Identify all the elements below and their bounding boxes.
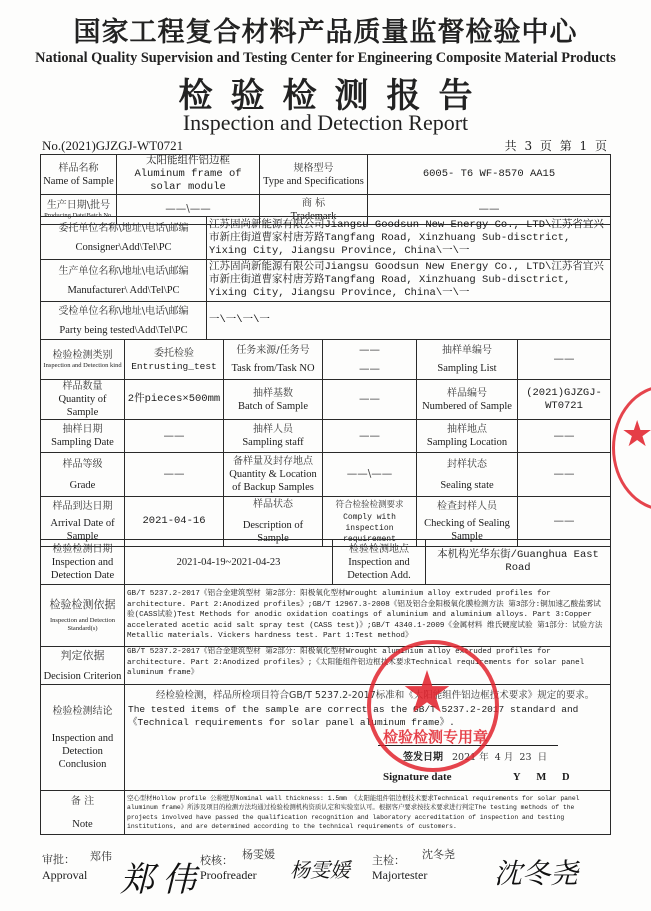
decision-label: 判定依据Decision Criterion bbox=[41, 647, 125, 685]
sample-number-label: 样品编号Numbered of Sample bbox=[417, 380, 518, 420]
sample-info-table: 样品名称Name of Sample 太阳能组件铝边框 Aluminum fra… bbox=[40, 154, 611, 225]
sampling-date-value: —— bbox=[125, 420, 224, 453]
org-name-cn: 国家工程复合材料产品质量监督检验中心 bbox=[0, 10, 651, 49]
sampling-list-value: —— bbox=[518, 340, 611, 380]
consigner-value: 江苏固尚新能源有限公司Jiangsu Goodsun New Energy Co… bbox=[207, 217, 611, 260]
ymd-labels: Y M D bbox=[513, 771, 570, 784]
party-tested-value: 一\一\一\一 bbox=[207, 302, 611, 340]
party-tested-label: 受检单位名称\地址\电话\邮编Party being tested\Add\Te… bbox=[41, 302, 207, 340]
table-row: 样品等级Grade —— 备样量及封存地点Quantity & Location… bbox=[41, 453, 611, 497]
table-row: 受检单位名称\地址\电话\邮编Party being tested\Add\Te… bbox=[41, 302, 611, 340]
standards-label: 检验检测依据Inspection and Detection Standard(… bbox=[41, 585, 125, 647]
inspection-details-table: 检验检测类别Inspection and Detection kind 委托检验… bbox=[40, 339, 611, 547]
quantity-label: 样品数量Quantity of Sample bbox=[41, 380, 125, 420]
table-row: 检验检测类别Inspection and Detection kind 委托检验… bbox=[41, 340, 611, 380]
org-name-en: National Quality Supervision and Testing… bbox=[0, 50, 651, 67]
sign-date-label-en: Signature date bbox=[383, 771, 452, 784]
sample-name-value: 太阳能组件铝边框 Aluminum frame of solar module bbox=[117, 155, 260, 195]
report-title-en: Inspection and Detection Report bbox=[0, 110, 651, 136]
table-row: 检验检测结论Inspection and Detection Conclusio… bbox=[41, 685, 611, 791]
manufacturer-label: 生产单位名称\地址\电话\邮编Manufacturer\ Add\Tel\PC bbox=[41, 260, 207, 302]
standards-table: 检验检测依据Inspection and Detection Standard(… bbox=[40, 584, 611, 835]
detection-date-label: 检验检测日期Inspection and Detection Date bbox=[41, 540, 125, 585]
inspection-kind-value: 委托检验Entrusting_test bbox=[125, 340, 224, 380]
sealing-state-value: —— bbox=[518, 453, 611, 497]
sampling-list-label: 抽样单编号Sampling List bbox=[417, 340, 518, 380]
consigner-label: 委托单位名称\地址\电话\邮编Consigner\Add\Tel\PC bbox=[41, 217, 207, 260]
table-row: 检验检测日期Inspection and Detection Date 2021… bbox=[41, 540, 611, 585]
party-info-table: 委托单位名称\地址\电话\邮编Consigner\Add\Tel\PC 江苏固尚… bbox=[40, 216, 611, 340]
table-row: 样品数量Quantity of Sample 2件pieces×500mm 抽样… bbox=[41, 380, 611, 420]
report-number: No.(2021)GJZGJ-WT0721 bbox=[42, 138, 183, 154]
sealing-state-label: 封样状态Sealing state bbox=[417, 453, 518, 497]
note-label: 备 注Note bbox=[41, 791, 125, 835]
table-row: 委托单位名称\地址\电话\邮编Consigner\Add\Tel\PC 江苏固尚… bbox=[41, 217, 611, 260]
backup-label: 备样量及封存地点Quantity & Location of Backup Sa… bbox=[224, 453, 323, 497]
grade-label: 样品等级Grade bbox=[41, 453, 125, 497]
proofreader-signature: 杨雯媛 bbox=[290, 854, 350, 883]
sampling-location-value: —— bbox=[518, 420, 611, 453]
sampling-staff-label: 抽样人员Sampling staff bbox=[224, 420, 323, 453]
grade-value: —— bbox=[125, 453, 224, 497]
standards-value: GB/T 5237.2-2017《铝合金建筑型材 第2部分：阳极氧化型材Wrou… bbox=[125, 585, 611, 647]
batch-label: 抽样基数Batch of Sample bbox=[224, 380, 323, 420]
star-icon: ★ bbox=[621, 414, 651, 455]
star-icon: ★ bbox=[401, 658, 453, 726]
stamp-text: 检验检测专用章 bbox=[383, 726, 488, 747]
type-spec-label: 规格型号Type and Specifications bbox=[260, 155, 368, 195]
quantity-value: 2件pieces×500mm bbox=[125, 380, 224, 420]
manufacturer-value: 江苏固尚新能源有限公司Jiangsu Goodsun New Energy Co… bbox=[207, 260, 611, 302]
sampling-date-label: 抽样日期Sampling Date bbox=[41, 420, 125, 453]
conclusion-label: 检验检测结论Inspection and Detection Conclusio… bbox=[41, 685, 125, 791]
batch-value: —— bbox=[323, 380, 417, 420]
sample-number-value: (2021)GJZGJ-WT0721 bbox=[518, 380, 611, 420]
detection-date-value: 2021-04-19~2021-04-23 bbox=[125, 540, 333, 585]
detection-add-value: 本机构光华东街/Guanghua East Road bbox=[426, 540, 611, 585]
detection-info-table: 检验检测日期Inspection and Detection Date 2021… bbox=[40, 539, 611, 585]
type-spec-value: 6005- T6 WF-8570 AA15 bbox=[368, 155, 611, 195]
table-row: 样品名称Name of Sample 太阳能组件铝边框 Aluminum fra… bbox=[41, 155, 611, 195]
decision-value: GB/T 5237.2-2017《铝合金建筑型材 第2部分：阳极氧化型材Wrou… bbox=[125, 647, 611, 685]
partial-stamp: ★ bbox=[612, 385, 651, 511]
table-row: 备 注Note 空心型材Hollow profile 公称壁厚Nominal w… bbox=[41, 791, 611, 835]
table-row: 抽样日期Sampling Date —— 抽样人员Sampling staff … bbox=[41, 420, 611, 453]
inspection-kind-label: 检验检测类别Inspection and Detection kind bbox=[41, 340, 125, 380]
approval-signature: 郑伟 bbox=[120, 852, 204, 901]
official-stamp: ★ 检验检测专用章 bbox=[367, 640, 499, 772]
detection-add-label: 检验检测地点Inspection and Detection Add. bbox=[333, 540, 426, 585]
sampling-location-label: 抽样地点Sampling Location bbox=[417, 420, 518, 453]
task-from-label: 任务来源/任务号Task from/Task NO bbox=[224, 340, 323, 380]
backup-value: ——\—— bbox=[323, 453, 417, 497]
sample-name-label: 样品名称Name of Sample bbox=[41, 155, 117, 195]
table-row: 判定依据Decision Criterion GB/T 5237.2-2017《… bbox=[41, 647, 611, 685]
majortester-signature: 沈冬尧 bbox=[494, 852, 578, 892]
table-row: 检验检测依据Inspection and Detection Standard(… bbox=[41, 585, 611, 647]
task-from-value: ———— bbox=[323, 340, 417, 380]
table-row: 生产单位名称\地址\电话\邮编Manufacturer\ Add\Tel\PC … bbox=[41, 260, 611, 302]
sampling-staff-value: —— bbox=[323, 420, 417, 453]
note-value: 空心型材Hollow profile 公称壁厚Nominal wall thic… bbox=[125, 791, 611, 835]
page-info: 共 3 页 第 1 页 bbox=[505, 137, 609, 154]
